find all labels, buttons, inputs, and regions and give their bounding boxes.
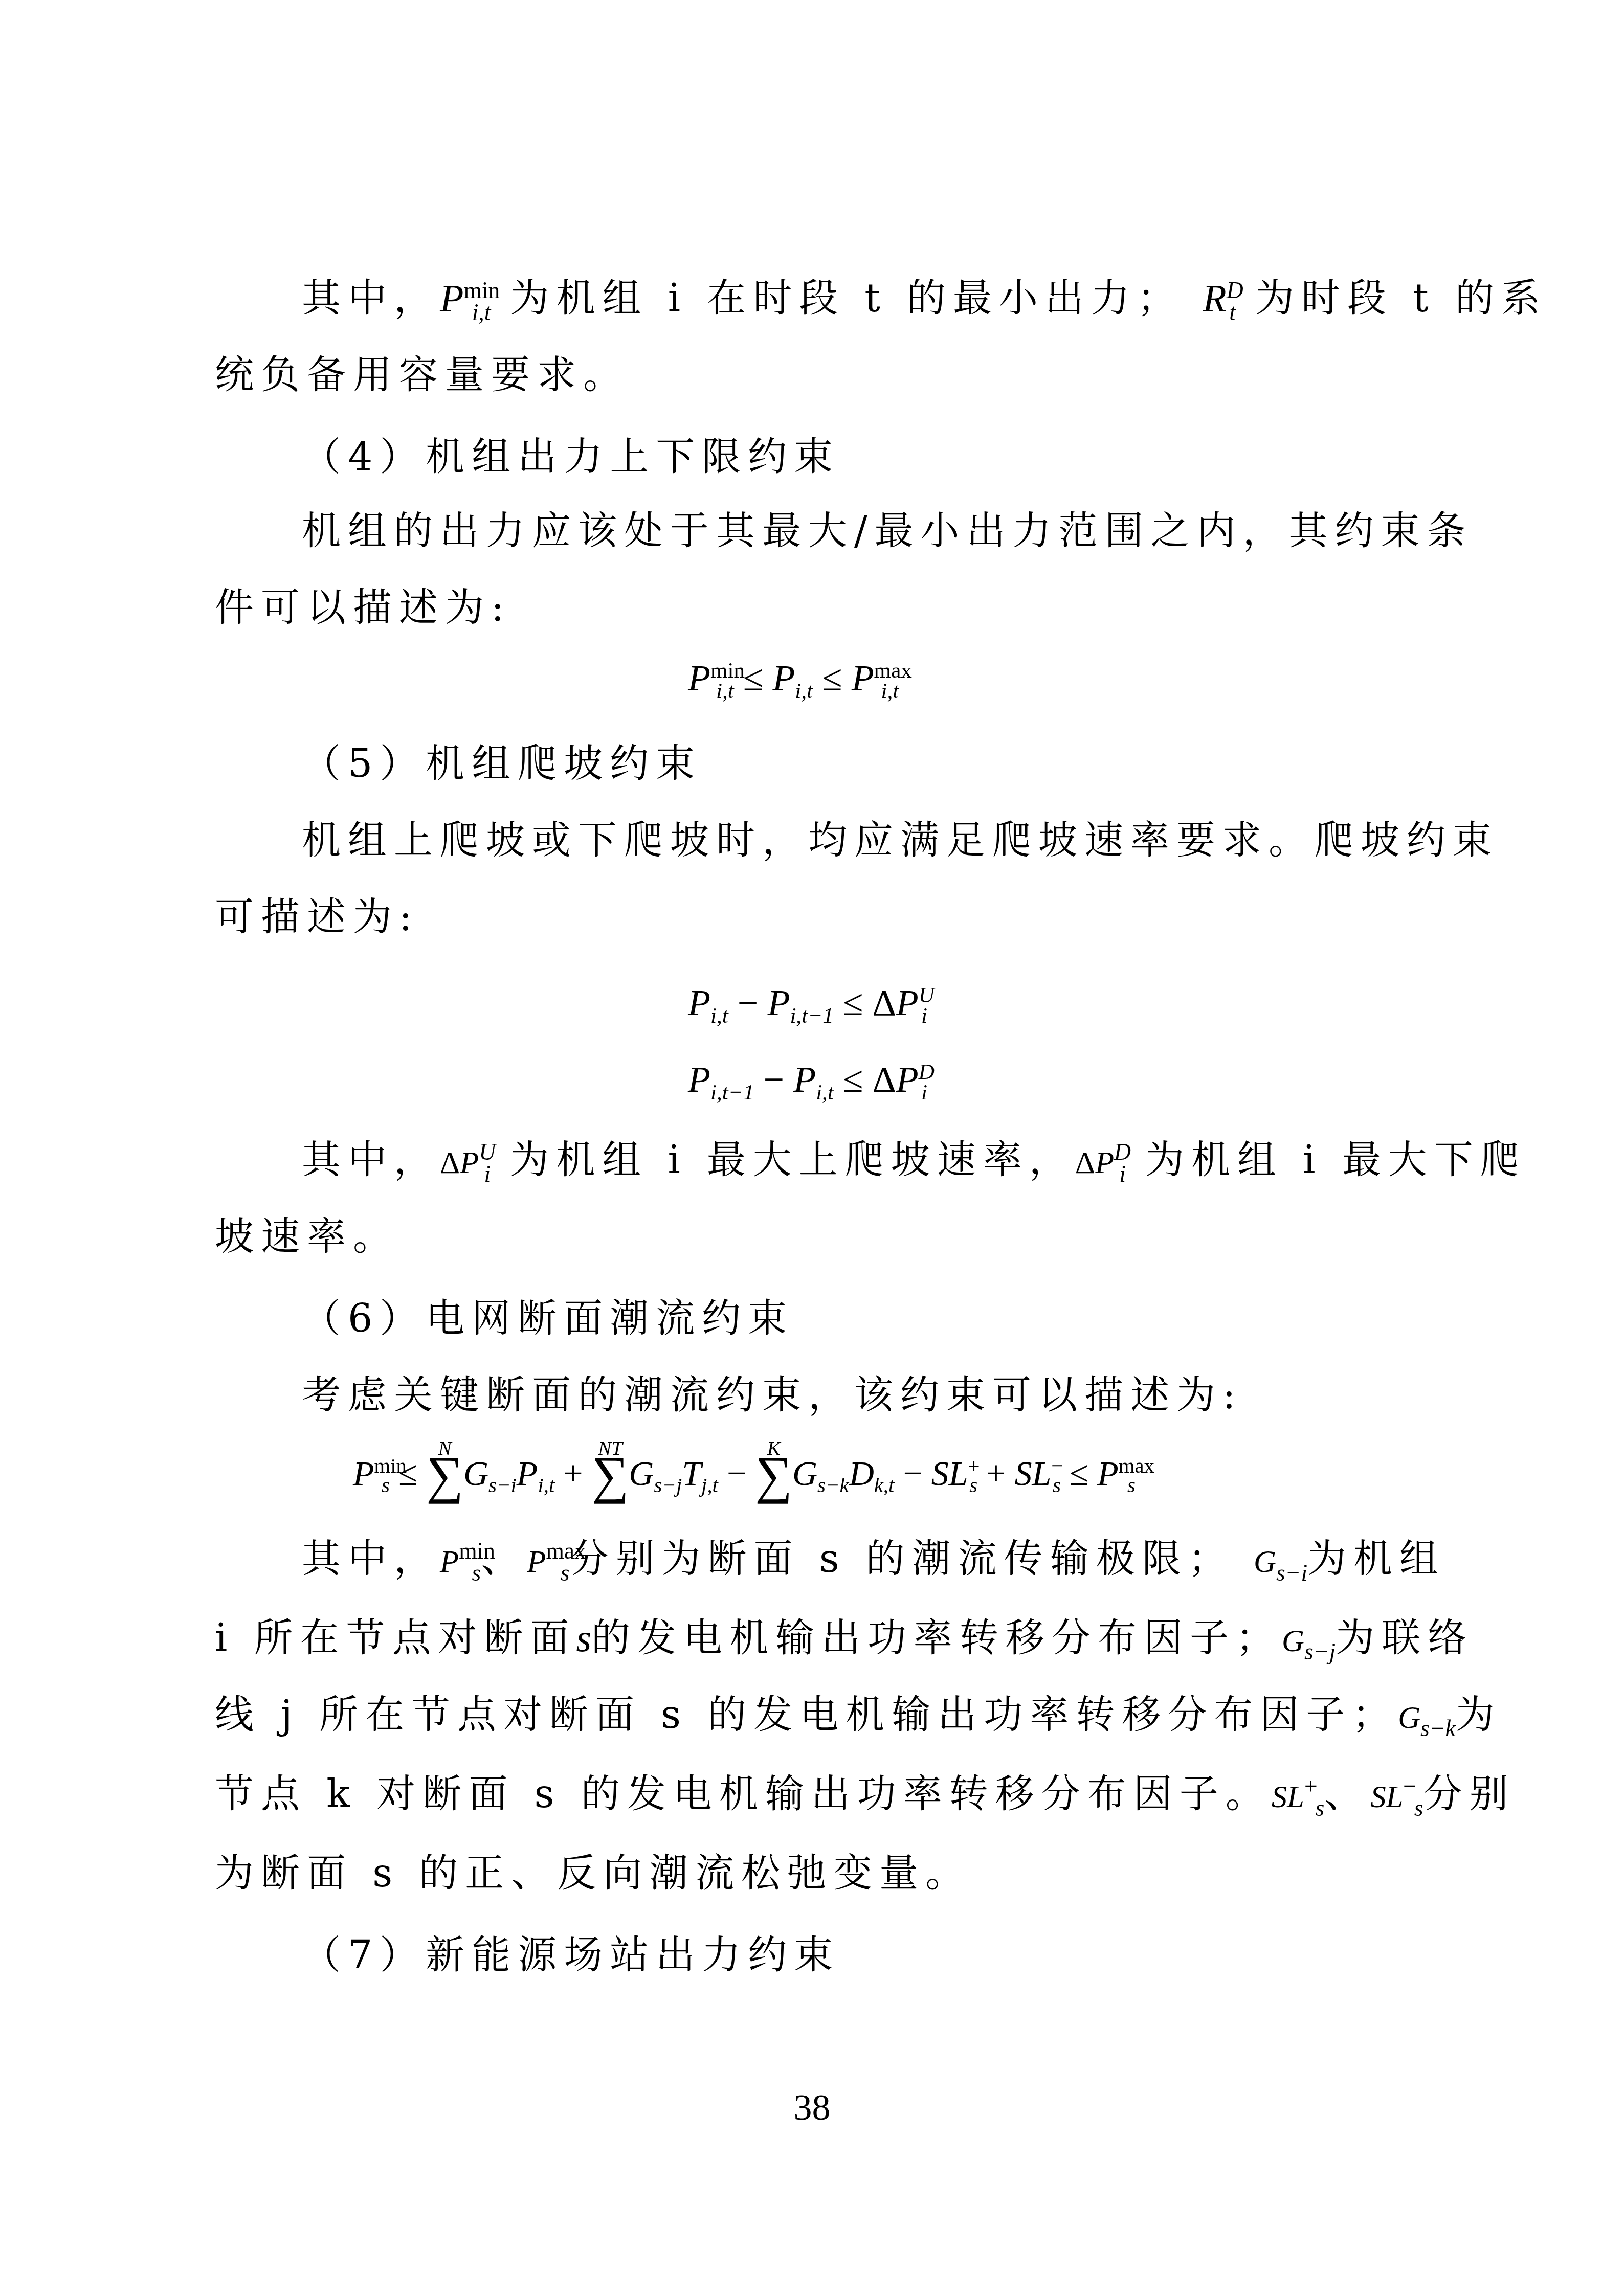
text-fragment: 其中，: [302, 1536, 440, 1581]
math-p-min-it: Pmini,t: [440, 279, 491, 324]
equation-section-flow: Pmins ≤ N∑Gs−iPi,t + NT∑Gs−jTj,t − K∑Gs−…: [353, 1450, 1136, 1502]
section-heading: （5）机组爬坡约束: [302, 744, 702, 783]
equation-ramp-up: Pi,t − Pi,t−1 ≤ ΔPUi: [688, 984, 927, 1027]
sum-symbol: N∑: [426, 1450, 463, 1502]
text-fragment: 的发电机输出功率转移分布因子；: [591, 1615, 1282, 1660]
text-fragment: 为机组 i 在时段 t 的最小出力；: [510, 275, 1183, 321]
text-line: i 所在节点对断面s的发电机输出功率转移分布因子；Gs−j为联络: [215, 1618, 1474, 1663]
section-heading: （6）电网断面潮流约束: [302, 1299, 794, 1338]
text-fragment: 为机组 i 最大上爬坡速率，: [510, 1137, 1075, 1182]
text-fragment: 为机组 i 最大下爬: [1145, 1137, 1526, 1182]
text-fragment: 为: [1456, 1692, 1502, 1737]
text-line: 机组的出力应该处于其最大/最小出力范围之内，其约束条: [302, 511, 1473, 550]
text-line: 统负备用容量要求。: [215, 355, 629, 394]
equation-output-limits: Pmini,t ≤ Pi,t ≤ Pmaxi,t: [688, 660, 899, 703]
text-fragment: 、: [481, 1536, 527, 1581]
text-line: 可描述为:: [215, 897, 419, 936]
section-heading: （7）新能源场站出力约束: [302, 1935, 840, 1974]
text-line: 件可以描述为:: [215, 588, 511, 627]
text-fragment: 节点 k 对断面 s 的发电机输出功率转移分布因子。: [215, 1771, 1272, 1816]
text-fragment: 其中，: [302, 275, 440, 321]
text-fragment: i 所在节点对断面: [215, 1615, 576, 1660]
text-line: 机组上爬坡或下爬坡时，均应满足爬坡速率要求。爬坡约束: [302, 821, 1499, 860]
text-fragment: 其中，: [302, 1137, 440, 1182]
sum-symbol: K∑: [755, 1450, 792, 1502]
text-line: 考虑关键断面的潮流约束，该约束可以描述为:: [302, 1376, 1243, 1414]
text-line: 坡速率。: [215, 1217, 399, 1256]
text-line: 其中，ΔPUi 为机组 i 最大上爬坡速率，ΔPDi 为机组 i 最大下爬: [302, 1140, 1526, 1185]
equation-ramp-down: Pi,t−1 − Pi,t ≤ ΔPDi: [688, 1061, 927, 1104]
text-fragment: 线 j 所在节点对断面 s 的发电机输出功率转移分布因子；: [215, 1692, 1398, 1737]
text-line: 其中，Pmins、Pmaxs分别为断面 s 的潮流传输极限； Gs−i为机组: [302, 1539, 1445, 1584]
math-r-d-t: RDt: [1203, 279, 1236, 324]
sum-symbol: NT∑: [592, 1450, 629, 1502]
page-number: 38: [0, 2086, 1624, 2129]
text-fragment: 为时段 t 的系: [1255, 275, 1547, 321]
section-heading: （4）机组出力上下限约束: [302, 437, 840, 476]
text-line: 节点 k 对断面 s 的发电机输出功率转移分布因子。SL+s、SL−s分别: [215, 1774, 1516, 1819]
text-fragment: 、: [1324, 1771, 1370, 1816]
text-line: 线 j 所在节点对断面 s 的发电机输出功率转移分布因子；Gs−k为: [215, 1695, 1502, 1740]
text-fragment: 为机组: [1307, 1536, 1445, 1581]
text-fragment: 分别: [1423, 1771, 1516, 1816]
text-fragment: 分别为断面 s 的潮流传输极限；: [569, 1536, 1234, 1581]
text-line: 为断面 s 的正、反向潮流松弛变量。: [215, 1854, 971, 1893]
text-line: 其中，Pmini,t 为机组 i 在时段 t 的最小出力； RDt 为时段 t …: [302, 279, 1547, 324]
text-fragment: 为联络: [1336, 1615, 1474, 1660]
